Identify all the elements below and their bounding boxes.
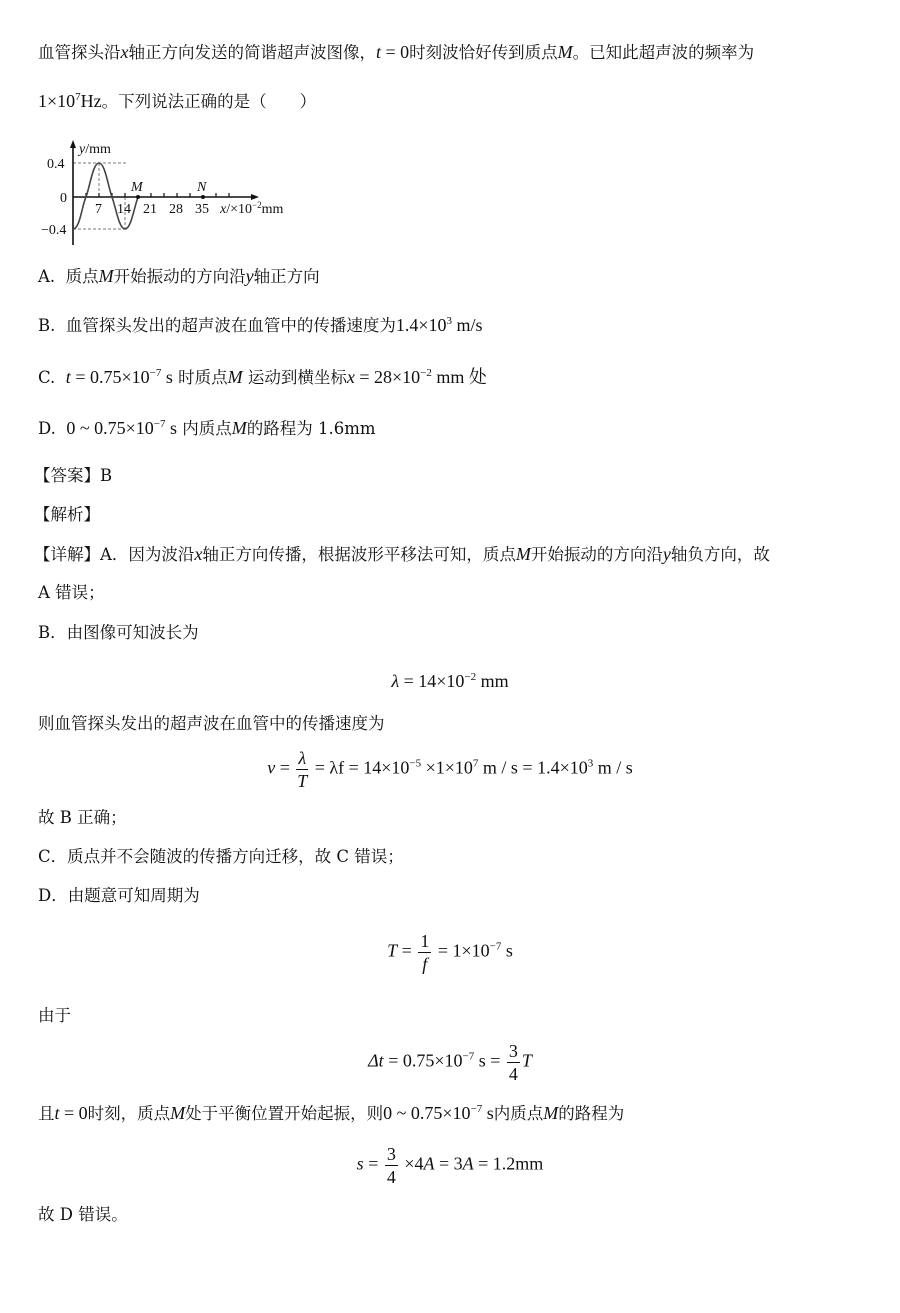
x-axis-label: x/×10−2mm xyxy=(219,200,283,217)
formula-path: s = 34 ×4A = 3A = 1.2mm xyxy=(0,1143,900,1188)
detail-line-c: C．质点并不会随波的传播方向迁移，故 C 错误； xyxy=(38,846,404,868)
point-N xyxy=(201,195,205,199)
wave-curve xyxy=(73,163,138,229)
formula-velocity: v = λT = λf = 14×10−5 ×1×107 m / s = 1.4… xyxy=(0,747,900,792)
option-d[interactable]: D. 0 ~ 0.75×10−7 s 内质点M的路程为 1.6mm xyxy=(38,417,376,440)
formula-wavelength: λ = 14×10−2 mm xyxy=(0,670,900,692)
x-tick-label: 14 xyxy=(117,202,131,217)
y-tick-label: 0.4 xyxy=(47,157,65,172)
option-c[interactable]: C. t = 0.75×10−7 s 时质点M 运动到横坐标x = 28×10−… xyxy=(38,366,487,389)
y-axis-label: y/mm xyxy=(77,142,111,157)
y-tick-label: 0 xyxy=(60,191,67,206)
point-M-label: M xyxy=(130,180,144,195)
question-line-1: 血管探头沿x轴正方向发送的简谐超声波图像，t = 0时刻波恰好传到质点M。已知此… xyxy=(38,41,754,64)
fraction: 34 xyxy=(385,1143,398,1188)
y-tick-label: −0.4 xyxy=(41,223,66,238)
fraction: 1f xyxy=(418,930,431,975)
x-tick-label: 35 xyxy=(195,202,209,217)
detail-line-b1: B．由图像可知波长为 xyxy=(38,622,199,644)
option-a[interactable]: A. 质点M开始振动的方向沿y轴正方向 xyxy=(38,265,320,288)
detail-line-b2: 则血管探头发出的超声波在血管中的传播速度为 xyxy=(38,713,385,735)
point-M xyxy=(136,195,140,199)
detail-line-a1: 【详解】A．因为波沿x轴正方向传播，根据波形平移法可知，质点M开始振动的方向沿y… xyxy=(34,543,770,566)
point-N-label: N xyxy=(196,180,207,195)
wave-chart: M N y/mm 0.4 0 −0.4 7 14 21 28 35 x/×10−… xyxy=(30,135,310,250)
analysis-heading: 【解析】 xyxy=(34,504,100,526)
option-b[interactable]: B. 血管探头发出的超声波在血管中的传播速度为1.4×103 m/s xyxy=(38,314,483,337)
detail-line-d1: D．由题意可知周期为 xyxy=(38,885,200,907)
answer-line: 【答案】B xyxy=(34,465,112,487)
detail-line-a2: A 错误； xyxy=(38,582,105,604)
detail-line-b3: 故 B 正确； xyxy=(38,807,127,829)
fraction: λT xyxy=(296,747,308,792)
x-tick-label: 21 xyxy=(143,202,157,217)
x-tick-label: 7 xyxy=(95,202,102,217)
detail-line-d4: 故 D 错误。 xyxy=(38,1204,128,1226)
formula-period: T = 1f = 1×10−7 s xyxy=(0,930,900,975)
formula-delta-t: Δt = 0.75×10−7 s = 34T xyxy=(0,1040,900,1085)
y-axis-arrow-icon xyxy=(70,140,76,148)
fraction: 34 xyxy=(507,1040,520,1085)
detail-line-d2: 由于 xyxy=(38,1005,71,1027)
question-line-2: 1×107Hz。下列说法正确的是（ ） xyxy=(38,90,316,113)
x-tick-label: 28 xyxy=(169,202,183,217)
detail-line-d3: 且t = 0时刻，质点M处于平衡位置开始起振，则0 ~ 0.75×10−7 s内… xyxy=(38,1102,624,1125)
